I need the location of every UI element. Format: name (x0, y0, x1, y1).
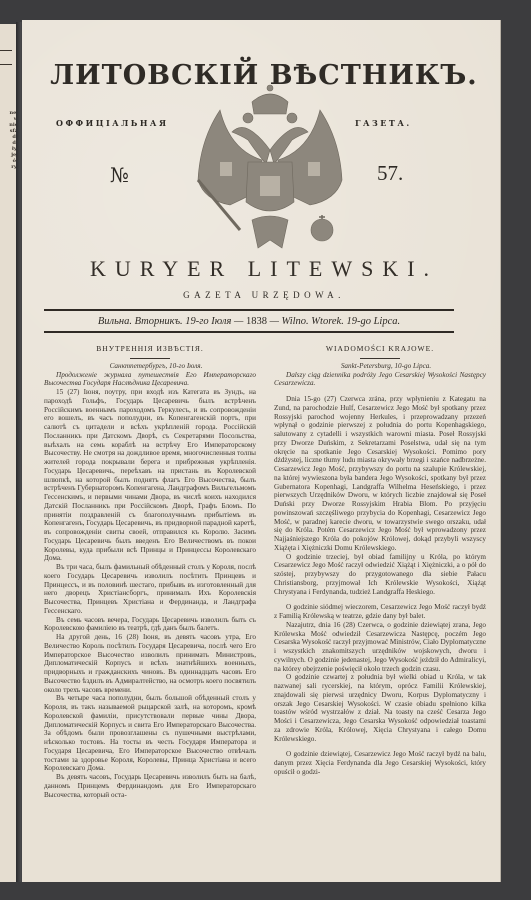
issue-number-label: № (110, 163, 129, 187)
masthead-title-polish: KURYER LITEWSKI. (44, 256, 484, 282)
article-paragraph: Въ девять часовъ, Государь Цесаревичь из… (44, 773, 256, 799)
divider (0, 64, 12, 65)
article-paragraph: Въ семь часовъ вечера, Государь Цесареви… (44, 616, 256, 634)
article-paragraph: O godzinie czwartej z południa był wielk… (274, 673, 486, 743)
issue-number: 57. (377, 161, 403, 186)
dateline-russian: Вильна. Вторникъ. 19-го Іюля — (98, 316, 243, 327)
official-label: ОФФИЦІАЛЬНАЯ (56, 118, 169, 128)
article-dateplace: Sankt-Petersburg, 10-go Lipca. (274, 362, 486, 371)
article-paragraph: Въ три часа, былъ фамильный обѣденный ст… (44, 563, 256, 616)
article-intro: Продолженіе журнала путешествія Его Импе… (44, 371, 256, 389)
left-column-russian: ВНУТРЕННІЯ ИЗВѢСТІЯ. Санктпетербургъ, 10… (44, 345, 256, 799)
article-paragraph: O godzinie siódmej wieczorem, Cesarzewic… (274, 603, 486, 621)
divider (44, 331, 454, 333)
article-paragraph: O godzinie dziewiątej, Cesarzewicz Jego … (274, 750, 486, 776)
article-paragraph: Въ четыре часа пополудни, былъ большой о… (44, 694, 256, 773)
article-dateplace: Санктпетербургъ, 10-го Іюля. (44, 362, 256, 371)
dateline: Вильна. Вторникъ. 19-го Іюля — 1838 — Wi… (44, 316, 454, 327)
masthead-subtitle-polish: GAZETA URZĘDOWA. (44, 290, 484, 300)
gazeta-label: ГАЗЕТА. (355, 118, 412, 128)
article-paragraph: O godzinie trzeciej, był obiad familijny… (274, 553, 486, 597)
article-paragraph: Dnia 15-go (27) Czerwca zrána, przy wpły… (274, 395, 486, 553)
article-paragraph: 15 (27) Іюня, поутру, при входѣ изъ Кате… (44, 388, 256, 563)
section-heading: ВНУТРЕННІЯ ИЗВѢСТІЯ. (44, 345, 256, 354)
article-intro: Dalszy ciąg dziennika podróży Jego Cesar… (274, 371, 486, 389)
newspaper-page: ЛИТОВСКІЙ ВѢСТНИКЪ. ОФФИЦІАЛЬНАЯ ГАЗЕТА.… (22, 20, 500, 882)
right-column-polish: WIADOMOŚCI KRAJOWE. Sankt-Petersburg, 10… (274, 345, 486, 777)
divider (130, 358, 170, 359)
double-headed-eagle-icon (190, 80, 350, 270)
article-paragraph: На другой день, 16 (28) Іюня, въ девять … (44, 633, 256, 694)
dateline-polish: — Wilno. Wtorek. 19-go Lipca. (270, 316, 401, 327)
divider (360, 358, 400, 359)
article-paragraph: Nazajutrz, dnia 16 (28) Czerwca, o godzi… (274, 621, 486, 674)
divider (0, 50, 12, 51)
section-heading: WIADOMOŚCI KRAJOWE. (274, 345, 486, 354)
dateline-year: 1838 (246, 316, 267, 327)
divider (44, 309, 454, 311)
